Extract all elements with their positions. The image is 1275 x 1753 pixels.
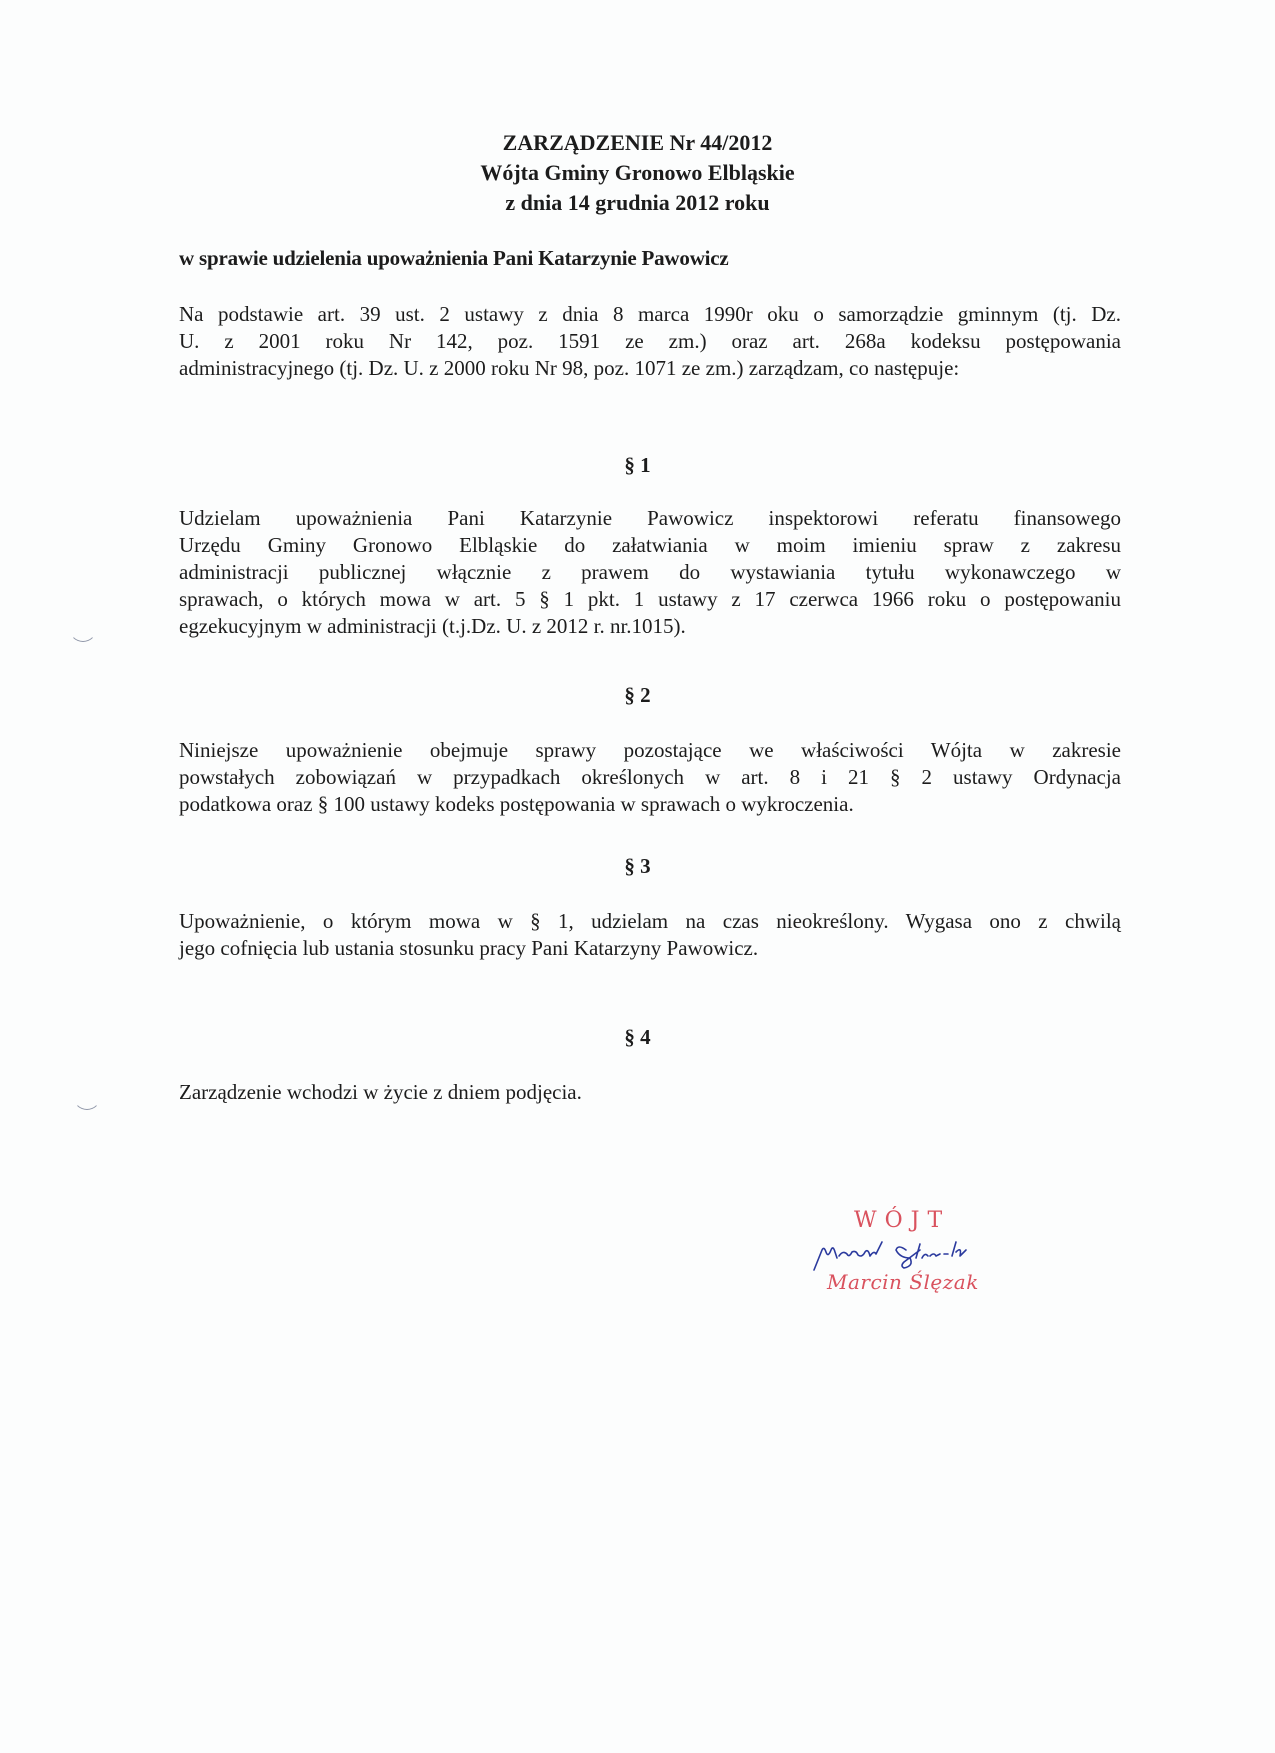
section-2-paragraph: Niniejsze upoważnienie obejmuje sprawy p… [179,737,1121,818]
document-header: ZARZĄDZENIE Nr 44/2012 Wójta Gminy Grono… [0,128,1275,218]
paragraph-line: podatkowa oraz § 100 ustawy kodeks postę… [179,791,1121,818]
section-3-paragraph: Upoważnienie, o którym mowa w § 1, udzie… [179,908,1121,962]
section-heading-3: § 3 [0,854,1275,879]
paragraph-line: Urzędu Gminy Gronowo Elbląskie do załatw… [179,532,1121,559]
document-date: z dnia 14 grudnia 2012 roku [0,188,1275,218]
paragraph-line: Upoważnienie, o którym mowa w § 1, udzie… [179,908,1121,935]
paragraph-line: administracji publicznej włącznie z praw… [179,559,1121,586]
paragraph-line: powstałych zobowiązań w przypadkach okre… [179,764,1121,791]
preamble-line: U. z 2001 roku Nr 142, poz. 1591 ze zm.)… [179,328,1121,355]
preamble-paragraph: Na podstawie art. 39 ust. 2 ustawy z dni… [179,301,1121,382]
preamble-line: Na podstawie art. 39 ust. 2 ustawy z dni… [179,301,1121,328]
document-issuer: Wójta Gminy Gronowo Elbląskie [0,158,1275,188]
stamp-name: Marcin Ślęzak [827,1270,979,1294]
paragraph-line: Zarządzenie wchodzi w życie z dniem podj… [179,1079,1121,1106]
paragraph-line: egzekucyjnym w administracji (t.j.Dz. U.… [179,613,1121,640]
document-subject: w sprawie udzielenia upoważnienia Pani K… [179,246,729,271]
preamble-line: administracyjnego (tj. Dz. U. z 2000 rok… [179,355,1121,382]
section-4-paragraph: Zarządzenie wchodzi w życie z dniem podj… [179,1079,1121,1106]
section-1-paragraph: Udzielam upoważnienia Pani Katarzynie Pa… [179,505,1121,640]
section-heading-4: § 4 [0,1025,1275,1050]
document-title: ZARZĄDZENIE Nr 44/2012 [0,128,1275,158]
hole-punch-mark [69,614,97,642]
hole-punch-mark [73,1082,101,1110]
paragraph-line: Udzielam upoważnienia Pani Katarzynie Pa… [179,505,1121,532]
paragraph-line: sprawach, o których mowa w art. 5 § 1 pk… [179,586,1121,613]
paragraph-line: Niniejsze upoważnienie obejmuje sprawy p… [179,737,1121,764]
section-heading-1: § 1 [0,453,1275,478]
document-page: ZARZĄDZENIE Nr 44/2012 Wójta Gminy Grono… [0,0,1275,1753]
section-heading-2: § 2 [0,683,1275,708]
paragraph-line: jego cofnięcia lub ustania stosunku prac… [179,935,1121,962]
